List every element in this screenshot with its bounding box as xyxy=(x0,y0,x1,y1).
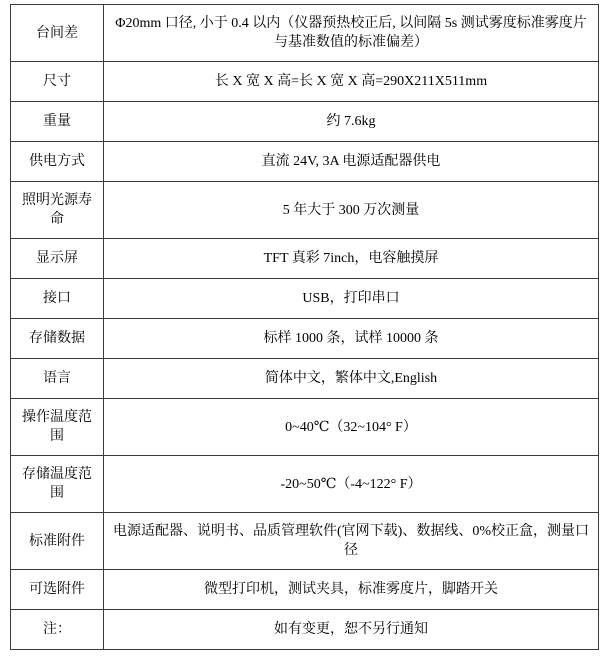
spec-value: 电源适配器、说明书、品质管理软件(官网下载)、数据线、0%校正盒，测量口径 xyxy=(104,513,599,570)
spec-label: 供电方式 xyxy=(11,142,104,182)
spec-value: 5 年大于 300 万次测量 xyxy=(104,182,599,239)
spec-value: 0~40℃（32~104° F） xyxy=(104,399,599,456)
spec-label: 台间差 xyxy=(11,5,104,62)
spec-value: TFT 真彩 7inch，电容触摸屏 xyxy=(104,239,599,279)
spec-value: 约 7.6kg xyxy=(104,102,599,142)
spec-label: 标准附件 xyxy=(11,513,104,570)
table-row: 操作温度范围 0~40℃（32~104° F） xyxy=(11,399,599,456)
spec-table-body: 台间差 Φ20mm 口径, 小于 0.4 以内（仪器预热校正后, 以间隔 5s … xyxy=(11,5,599,650)
spec-label: 重量 xyxy=(11,102,104,142)
table-row: 重量 约 7.6kg xyxy=(11,102,599,142)
table-row: 照明光源寿命 5 年大于 300 万次测量 xyxy=(11,182,599,239)
spec-label: 照明光源寿命 xyxy=(11,182,104,239)
table-row: 标准附件 电源适配器、说明书、品质管理软件(官网下载)、数据线、0%校正盒，测量… xyxy=(11,513,599,570)
spec-label: 语言 xyxy=(11,359,104,399)
spec-value: 如有变更，恕不另行通知 xyxy=(104,610,599,650)
spec-label: 可选附件 xyxy=(11,570,104,610)
page: 台间差 Φ20mm 口径, 小于 0.4 以内（仪器预热校正后, 以间隔 5s … xyxy=(0,0,606,661)
spec-value: 标样 1000 条，试样 10000 条 xyxy=(104,319,599,359)
table-row: 接口 USB，打印串口 xyxy=(11,279,599,319)
spec-label: 操作温度范围 xyxy=(11,399,104,456)
table-row: 供电方式 直流 24V, 3A 电源适配器供电 xyxy=(11,142,599,182)
spec-value: 长 X 宽 X 高=长 X 宽 X 高=290X211X511mm xyxy=(104,62,599,102)
spec-label: 显示屏 xyxy=(11,239,104,279)
spec-value: USB，打印串口 xyxy=(104,279,599,319)
table-row: 存储数据 标样 1000 条，试样 10000 条 xyxy=(11,319,599,359)
table-row: 台间差 Φ20mm 口径, 小于 0.4 以内（仪器预热校正后, 以间隔 5s … xyxy=(11,5,599,62)
spec-label: 存储温度范围 xyxy=(11,456,104,513)
spec-label: 尺寸 xyxy=(11,62,104,102)
spec-label: 接口 xyxy=(11,279,104,319)
spec-value: 直流 24V, 3A 电源适配器供电 xyxy=(104,142,599,182)
table-row: 注： 如有变更，恕不另行通知 xyxy=(11,610,599,650)
spec-label: 存储数据 xyxy=(11,319,104,359)
table-row: 存储温度范围 -20~50℃（-4~122° F） xyxy=(11,456,599,513)
spec-value: Φ20mm 口径, 小于 0.4 以内（仪器预热校正后, 以间隔 5s 测试雾度… xyxy=(104,5,599,62)
spec-value: -20~50℃（-4~122° F） xyxy=(104,456,599,513)
spec-value: 简体中文，繁体中文,English xyxy=(104,359,599,399)
table-row: 语言 简体中文，繁体中文,English xyxy=(11,359,599,399)
spec-table: 台间差 Φ20mm 口径, 小于 0.4 以内（仪器预热校正后, 以间隔 5s … xyxy=(10,4,599,650)
spec-label: 注： xyxy=(11,610,104,650)
table-row: 尺寸 长 X 宽 X 高=长 X 宽 X 高=290X211X511mm xyxy=(11,62,599,102)
table-row: 显示屏 TFT 真彩 7inch，电容触摸屏 xyxy=(11,239,599,279)
table-row: 可选附件 微型打印机，测试夹具，标准雾度片，脚踏开关 xyxy=(11,570,599,610)
spec-value: 微型打印机，测试夹具，标准雾度片，脚踏开关 xyxy=(104,570,599,610)
